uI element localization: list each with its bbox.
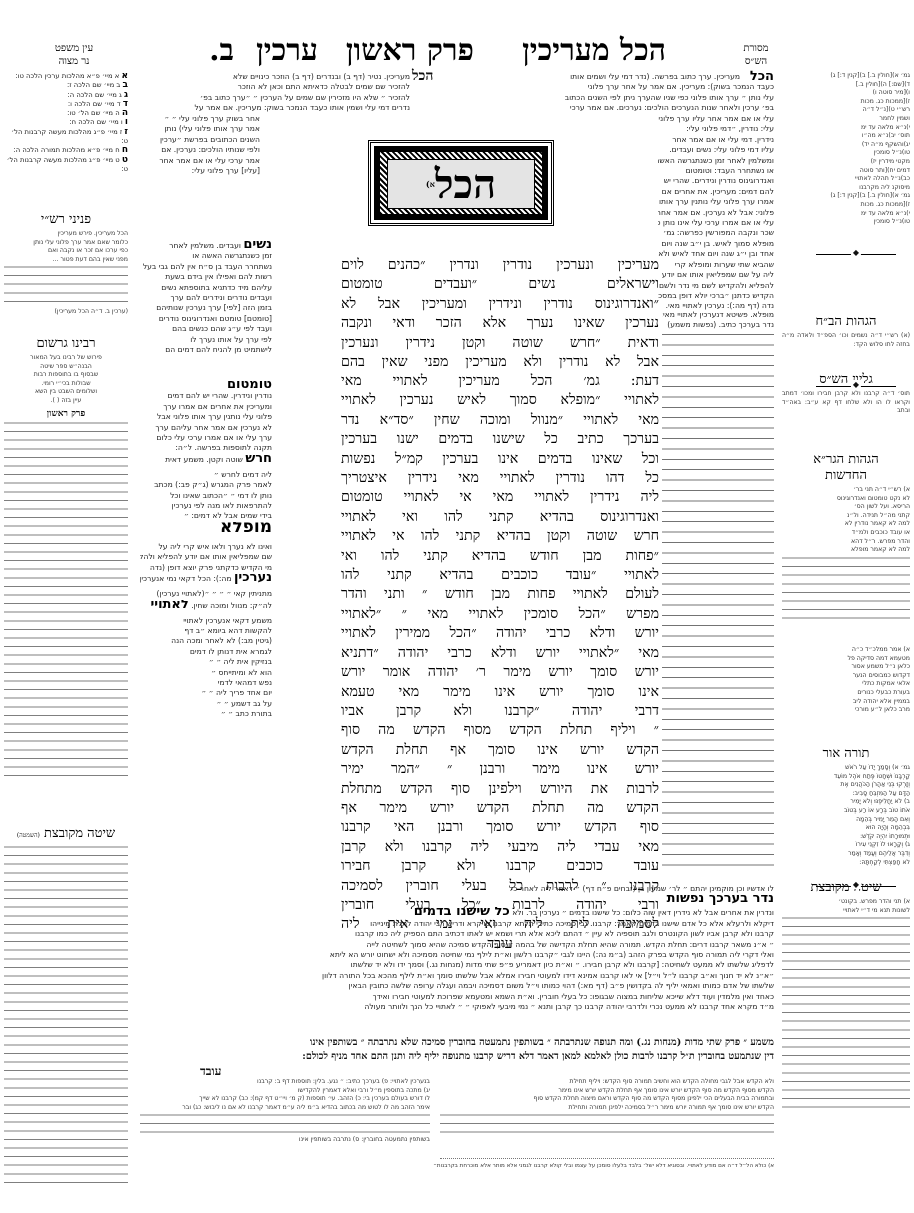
tosafot-line: פלוני עלי נותנין ערך אותו פלוני אבל [140,412,272,422]
rashi-line: מעריכין. ערך כתוב בפרשה. (נדר דמי עלי וש… [492,72,774,82]
gemara-line: הקדש יורש אינו סומך אף תחלת הקדש [341,741,659,760]
hagra-line: למה לא קאמר מופלא [782,546,910,555]
tosafot-line: מי הקדיש כדקתני פרק יוצא דופן (נדה [140,563,272,573]
ein-mishpat-item: ו ו מיי׳ שם הלכה ח: [4,118,128,127]
gemara-line: לאתויי ״מופלא סמוך לאיש נערכין לאתויי [341,391,659,410]
hagra-line: קתני מה״ל תנידה. ול״נ [782,512,910,521]
penei-rashi-line: הכל מעריכין. פירש מעריכין [4,230,128,239]
rashi-continued: מופלא. פשיטא דנערכין לאתויי מאי: נדר בער… [662,310,774,870]
ein-mishpat-item: ט ט מיי׳ פ״ג מהלכות מעשה קרבנות הל׳ ט: [4,156,128,175]
tractate-title: ערכין [256,36,318,66]
rashi-line: נדר בערכך כתיב. (נפשות משמע) [662,320,774,330]
section-divider [794,250,914,258]
hagra-more-text [782,555,910,625]
gemara-line: אינו סומך יורש אינו מימר מאי טעמא [341,683,659,702]
rabbeinu-gershom-title: רבינו גרשום [4,336,128,352]
tosafot-dibur: לאתויי [150,600,188,612]
tosafot-line: משמע דקאי אנערכין לאתויי [140,616,272,626]
tosafot-line: [עליו] ערך פלוני עלי: [140,166,260,176]
torah-or-title: תורה אור [782,746,910,762]
footer-line: ולא הקדש אבל לגבי מחולה הקדש הוא וחשיב ת… [440,1078,774,1087]
footer-line: ובתמורה בבית הבעלים הכי ילפינן מסוף הקדש… [440,1095,774,1104]
masoret-line: גמ׳ א)[חולין ב.] ב)[קנין ד:] ג) [782,192,910,201]
rashi-line: ליה על שם שמפליאין אותו אם יודע [658,270,774,280]
rashi-line: או נשתחרר העבד: וטומטום [658,166,774,176]
tosafot-line: אמר ערך אותו פלוני עלי) נותן [140,124,260,134]
lower-line: ואלי דקרי ליה תמורה סוף הקדש בפרק הזהב (… [140,950,774,960]
annotation-line: א) אמר ממלכ״ד כ״ה [782,646,910,655]
rashi-line: עליו דמי פלוני עלי: נשים ועבדים. [658,145,774,155]
shita-mekubetzet-text-left [4,844,128,1186]
annotation-line: דקדוש כמבוסים הנער [782,672,910,681]
ein-letter: ז [124,127,128,137]
torah-or-line: וְאִם הָמֵר יָמִיר בְּהֵמָה [782,816,910,825]
gemara-line: כל דהו נודרין לאתויי מאי נידרין איצטריך [341,469,659,488]
tosafot-line: לא נערכין אם אמר אחר עליהם ערך [140,423,272,433]
torah-or-line: ב) לֹא יַחֲלִיפֶנּוּ וְלֹא יָמִיר [782,798,910,807]
tosafot-line: נודרין ונידרין. שהרי יש להם דמים [140,391,272,401]
tosafot-line: טומטום [140,380,272,391]
shita-title-text: שיטה מקובצת [44,826,115,841]
torah-or-line: בִּבְהֵמָה וְהָיָה הוּא [782,824,910,833]
tosafot-line: הוא לא ומיתייחס ״ [140,668,272,678]
annotation-line: מטעמא דמה סדיקה פל [782,655,910,664]
tosafot-line: השנים הכתובים בפרשת ״ערכין [140,135,260,145]
rashi-line: עלי נותן ״ ערך אותו פלוני כפי שניו שהערך… [492,93,774,103]
daf-number: ב. [209,36,234,66]
tosafot-line-text: שוטה וקטן. משמע דאית [165,455,243,464]
gershom-commentary-lines [4,420,128,780]
rashi-line: מופלא סמוך לאיש. בן י״ב שנה ויום [658,239,774,249]
rashi-line: עלי: נודרין, ״דמי פלוני עלי: [658,124,774,134]
lower-line: ״א״נ לא יד חנוך וא״ב קרבנו ל״ל וי״ל] אי … [140,971,774,981]
tosafot-line: לפי ערך על אותו נערך לו [140,335,272,345]
tosafot-opening-dibur: הכל [412,68,433,85]
lower-line: ונדרין את אחרים אבל לא נידרין דאין שוה כ… [140,907,774,918]
rashi-line: ואנדרוגינוס נודרין ונידרים. שהרי יש [658,176,774,186]
masoret-line: ז)[ממכות כג. מכות [782,201,910,210]
rashi-line: שכר ונקבה המפורשין כפרשה: גמ׳ [658,228,774,238]
rashi-line: שהביא שתי שערות ומופלא קרי [658,260,774,270]
lower-line: מ״ד מקרא אחד קרבנו לא ממעט נכרי ולדרבי י… [140,1002,774,1012]
shita-line: לשונות תנא מי ד״י לאתויי [782,907,910,916]
penei-rashi-text: הכל מעריכין. פירש מעריכין כלומר שאם אמר … [4,230,128,318]
penei-rashi-line: כפי ערכו אם זכר או נקבה ואם [4,247,128,256]
gershom-intro-line: פירוש של רבינו בעל המאור [4,354,128,363]
gemara-line: לאתויי ״עובד כוכבים בהדיא קתני להו [341,566,659,585]
tosafot-line: ואינו לא נערך ולאו איש קרי ליה על [140,542,272,552]
masoret-line: כב)נ״ל תהלה לאתויי [782,175,910,184]
tosafot-line-text: ועבדים. משלמין לאחר [169,241,241,250]
gershom-intro-line: שבסוף בו בתוספות רבות [4,371,128,380]
perek-rishon-heading: פרק ראשון [4,408,128,419]
lower-line: דין שנתמעט בחוברין ת״ל קרבנו לרבות כולן … [140,1050,774,1064]
gemara-line: עובד כוכבים קרבנו ולא קרבן חבירו [341,857,659,876]
ein-mishpat-list: א א מיי׳ פ״א מהלכות ערכין הלכה טו: ב ב מ… [4,72,128,232]
hagahot-hagra-title-line: הגהות הגר״א [782,452,910,468]
rashi-narrow-lines: עלי או אם אמר אחר עליו ערך פלוני עלי: נו… [658,114,774,314]
torah-or-line: קָרְבָּנוֹ וּשְׁחָטוֹ פֶּתַח אֹהֶל מוֹעֵ… [782,773,910,782]
footer-separator [440,1158,774,1159]
tosafot-line: אחר בשוק ערך פלוני עלי ״ ״ [140,114,260,124]
shita-note: (השמטה) [17,832,40,839]
footer-line: בשותפין נתמעטה בחוברין: ס) נתרבה בשותפין… [140,1136,430,1145]
ein-mishpat-item: ד ד מיי׳ שם הלכה ו: [4,100,128,109]
masoret-line: גמ׳ א)[חולין ב.] ב)[קנין ד:] ג) [782,72,910,81]
masoret-line: טו)נ״ל סומכין [782,149,910,158]
ein-text: ב מיי׳ שם הלכה ז: [67,81,120,89]
lower-line: דיקלא ולרעלא אלא כל אדם שישנו בדמים קאמר… [140,919,774,929]
lower-line: לדפליג שלשתו לא ממעט לשחיטה: [קרבנו ולא … [140,960,774,970]
torah-or-line: הַדָּם עַל הַמִּזְבֵּחַ סָבִיב: [782,790,910,799]
ein-mishpat-item: ח ח מיי׳ פ״א מהלכות תמורה הלכה ה: [4,146,128,155]
mishnah-line: ״ואנדרוגינוס נודרין ונידרין ומעריכין אבל… [341,295,659,314]
hagahot-habach-text: (א) רש״י ד״ה נשמים וכו׳ הספ״ד ולאדה מ״ה … [782,332,910,360]
opening-word-frame: הכלא) [368,140,554,226]
rashi-more-lines [662,331,774,870]
mishnah-line: נערכין שאינו נערך אלא הזכר ודאי ונקבה [341,314,659,333]
ein-mishpat-item: ז ז מיי׳ פ״ג מהלכות מעשה קרבנות הל׳ ט: [4,128,128,147]
footer-line: בנערכין לאתויי: פ) בערכך כתיב: ״ נגע. בל… [140,1078,430,1087]
shita-mekubetzet-text-right: א) תני והדר מפרש. בקונט׳ לשונות תנא מי ד… [782,898,910,1118]
footer-more [140,1112,430,1136]
masoret-label-2: הש״ס [726,55,786,68]
lower-line: כאחד ואין מלמדין ועוד דלא שייכא שליחות ב… [140,992,774,1002]
ein-mishpat-item: א א מיי׳ פ״א מהלכות ערכין הלכה טו: [4,72,128,81]
annotation-line: בעורת כבעלי כנורים [782,689,910,698]
rashi-line: להפליא ולהקדיש לשם מי נדר ולשם מי [658,281,774,291]
tosafot-line: בידי שמים אבל לא דמים: ״ [140,511,272,521]
penei-rashi-line: מפני שאין בהם דעת פטור ... [4,256,128,265]
tosafot-block-3: טומטום נודרין ונידרין. שהרי יש להם דמים … [140,380,272,870]
lower-line: ״ א״נ משאר קרבנו דרים: תחלת הקדש. תמורה … [140,940,774,950]
rashi-line: עלי או אם אמרו ערכי עלי אינו נותן כלום ש… [658,218,774,228]
lower-catchword: עובד [140,1064,774,1078]
rashi-line: מופלא. פשיטא דנערכין לאתויי מאי: [662,310,774,320]
tosafot-line: (גיטין מב:) לא לאחר ומכה הנה [140,636,272,646]
masoret-line: ז)[ממכות כג. מכות [782,98,910,107]
footer-line: הקדש מסוף הקדש מה סוף הקדש יורש אינו סומ… [440,1087,774,1096]
ornamental-border: הכלא) [374,146,548,220]
ein-text: ו מיי׳ שם הלכה ח: [69,118,122,126]
rashi-line: בפ׳ ערכין ולאחר שנות הנערכים הולכים: נער… [492,103,774,113]
tosafot-line: מתניתין קאי ״ ״ ״ ״(לאתויי נערכין) [140,589,272,599]
mishnah-line: וישראלים נשים ״ועבדים טומטום [341,275,659,294]
tosafot-line: בנזיקין אית ליה ״ ״ [140,657,272,667]
lower-line: משמע ״ פרק שתי מדות (מנחות נג.) ומה תנופ… [140,1036,774,1050]
rashi-line: הקדיש כדתנן ״ברכי יולא דופן במסכת [658,291,774,301]
chapter-name-title: פרק ראשון [346,36,474,66]
lower-line: נדר בערכך נפשות [140,894,774,907]
hagra-line: א) רש״י ד״ה תני בר׳ [782,486,910,495]
mishnah-line: אבל לא נודרין ולא מעריכין מפני שאין בהם [341,353,659,372]
tosafot-line: תקנה לתוספות בפרשה. ל״ה: [140,443,272,453]
mishnah-text: מעריכין ונערכין נודרין ונדרין ״כהנים לוי… [341,256,659,372]
hagahot-habach-title: הגהות הב״ח [782,314,910,330]
masoret-line: ו)[מיר סוטה ו) [782,89,910,98]
footer-line: לו דורש בעולם בערכין בי: כ) הזהב. עי׳ תו… [140,1095,430,1104]
rabbeinu-gershom-text [4,420,128,780]
tosafot-line: להזכיר שם שמים לבטלה כדאיתא התם וכאן לא … [140,82,410,92]
hagra-line: למה לא קאמר נודרין לא [782,520,910,529]
tosafot-line: לישתמיט מן להניח להם דמים הם [140,345,272,355]
hagahot-hagra-text: א) רש״י ד״ה תני בר׳ לא נקט טומטום ואנדרו… [782,486,910,626]
tosafot-line: לגמרא אית דנותן לו דמים [140,647,272,657]
ein-mishpat-item: ג ג מיי׳ שם הלכה ה: [4,91,128,100]
tosafot-line: מעריכין. נטיר (דף ב) ובנדרים (דף ב) הוזכ… [140,72,410,82]
tosafot-line: לה״ק: מנוול ומוכה שחין. לאתויי [140,600,272,616]
tosafot-line: זמן כשנתגרשה האשה או [140,251,272,261]
footer-line: יג) מתכה בתוספין מ״ל ורבי ואלא דאמרין לה… [140,1087,430,1096]
tosafot-dibur: טומטום [227,380,272,391]
rashi-line: נידרין. דמי עלי או אם אמר אחר [658,135,774,145]
footer-line: הקדש יורש אינו סומך אף תמורה יורש מימר ר… [440,1104,774,1113]
gemara-line: ואנדרוגינוס בהדיא קתני להו ואי לאתויי [341,508,659,527]
mishnah-line: ודאית ״חרש שוטה וקטן נידרין ונערכין [341,334,659,353]
tosafot-line: נערכין מה:): הכל דקאי נמי אנערכין לאתויי [140,573,272,589]
gershom-intro-line: עיין בזה ( ). [4,397,128,406]
footer-line: אימר הזהב מה לו לטוש מה בכתוב בהדיא ב״מ … [140,1104,430,1113]
opening-word-mark: א) [426,179,435,189]
gilyon-hashas-text: תוס׳ ד״ה קרבנו ולא קרבן חבירו ומכו׳ דמתב… [782,390,910,444]
penei-rashi-more [4,264,128,308]
rashi-line: פלוני: אבל לא נערכין. אם אמר אחר עליהם ע… [658,208,774,218]
lower-commentary: לו אדשיו וכן מוקמינן יהתם ״ לר׳ שמעון בן… [140,884,774,1034]
tosafot-line: חרש שוטה וקטן. משמע דאית [140,454,272,470]
footer-right-notes: ולא הקדש אבל לגבי מחולה הקדש הוא וחשיב ת… [440,1078,774,1138]
gemara-line: דעת: גמ׳ הכל מעריכין לאתויי מאי [341,372,659,391]
penei-rashi-note: (ערכין ב. ד״ה הכל מעריכין) [4,308,128,317]
rashi-line: אחד ובן י״ג שנה ויום אחד לאיש ולאו איש [658,249,774,259]
tosafot-line: אמר ערכי עלי או אם אמר אחר [140,156,260,166]
tosafot-line: נותן לו דמי ״ ״הכתוב שאינו וכל [140,491,272,501]
rabbeinu-gershom-intro: פירוש של רבינו בעל המאור הבנה״ש ספר שיטה… [4,354,128,406]
shita-mekubetzet-title-left: שיטה מקובצת (השמטה) [4,826,128,844]
tosafot-narrow-lines: אחר בשוק ערך פלוני עלי ״ ״ אמר ערך אותו … [140,114,260,222]
masoret-line: מקטי מידרין יז) [782,158,910,167]
masoret-line: מיסוקנ ליה מקרבנו [782,184,910,193]
torah-or-line: לֹא חָפַצְתִּי לְקַחְתָּהּ: [782,859,910,868]
torah-or-line: אֹתוֹ טוֹב בְּרָע אוֹ רַע בְּטוֹב [782,807,910,816]
tosafot-line: ערך עלי או אם אמרו ערכי עלי כלום [140,433,272,443]
annotation-block: א) אמר ממלכ״ד כ״ה מטעמא דמה סדיקה פל כלא… [782,646,910,736]
lower-line: שלשתו של אדם כמותו ואמאי יליף לה בקדושין… [140,981,774,991]
gemara-line: לרבות את היורש וילפינן סוף הקדש מתחלת [341,780,659,799]
ein-text: ח מיי׳ פ״א מהלכות תמורה הלכה ה: [13,146,119,154]
masoret-line: דמים יח)[ותר סוטה [782,167,910,176]
annotation-line: מרב כלאן ל״ע מורכי [782,706,910,715]
gemara-line: מפרש ״הכל סומכין לאתויי מאי ״ ״לאתויי [341,605,659,624]
gemara-text: דעת: גמ׳ הכל מעריכין לאתויי מאי לאתויי ״… [341,372,659,954]
torah-or-line: וְזָרְקוּ בְּנֵי אַהֲרֹן הַכֹּהֲנִים אֶת [782,781,910,790]
ein-mishpat-label: עין משפט נר מצוה [54,42,94,68]
penei-rashi-line: כלומר שאם אמר ערך פלוני עלי נותן [4,239,128,248]
masoret-label-1: מסורת [726,42,786,55]
gershom-intro-line: שבולות בכי״י רומי. [4,380,128,389]
gemara-line: יורש סומך יורש מימר ר׳ יהודה אומר יורש [341,663,659,682]
tosafot-line: ולפי שנותיו הולכים: נערכין. אם [140,145,260,155]
tosafot-line: נדרים דמי עלי ושמין אותו כעבד הנמכר בשוק… [140,103,410,113]
ein-letter: ט [122,155,128,165]
tosafot-line: רשות להם ואפילו אין בידם בשעת [140,272,272,282]
hagra-line: או עובד כוכבים ולמ״ד [782,529,910,538]
tosafot-dibur: נערכין [234,573,272,585]
tosafot-dibur: חרש [245,454,272,466]
section-divider [794,382,914,390]
gershom-intro-line: הבנה״ש ספר שיטה [4,363,128,372]
lower-line: קרבנו ולא קרבן אביו לשון הקונטרס ולגב תו… [140,929,774,939]
tosafot-line: נשתחרר העבד בן ס״ח אין להם גבי בעל [140,262,272,272]
ein-text: ז מיי׳ פ״ג מהלכות מעשה קרבנות הל׳ ט: [11,128,128,145]
section-divider [794,882,914,890]
gemara-line: דרבי יהודה ״קרבנו ולא קרבן אביו [341,702,659,721]
rashi-line: להם דמים: מעריכין. את אחרים אם [658,187,774,197]
lower-dibur: כל שישנו בדמים [414,907,510,918]
tosafot-line-text: לה״ק: מנוול ומוכה שחין. [191,601,272,610]
hagra-line: לא נקט טומטום ואנדרוגינוס [782,495,910,504]
hagra-line: והדר מפרש. ר״ל דהא [782,538,910,547]
shita-more-text [782,915,910,1115]
gemara-line: מאי עבדי ליה מיבעי ליה קרבנו ולא קרבן [341,838,659,857]
torah-or-line: ג) וְקָרָאוּ לוֹ זִקְנֵי עִירוֹ [782,841,910,850]
rashi-line: כעבד הנמכר בשוק): מעריכין. אם אמר על אחר… [492,82,774,92]
hagra-line: הריסא. ועל לשון הס׳ [782,503,910,512]
tosafot-block-2: נשים ועבדים. משלמין לאחר זמן כשנתגרשה הא… [140,240,272,380]
chapter-opening-title: הכל מעריכין [522,36,666,66]
tosafot-line: להתרפאות לאו מנה לפי נערכין [140,501,272,511]
masoret-line: יג)והשקף מ״ה יד) [782,141,910,150]
ein-mishpat-label-2: נר מצוה [54,55,94,68]
masoret-line: רש״י ט)[נ״ל ד״ה [782,106,910,115]
tosafot-line: נפש דמהאי לדמי [140,678,272,688]
gemara-line: מאי לאתויי ״מנוול ומוכה שחין ״סד״א נדר [341,411,659,430]
tosafot-line: ועבדים נודרים ונידרים להם ערך [140,293,272,303]
penei-rashi-title: פניני רש״י [4,212,128,228]
lower-line: לו אדשיו וכן מוקמינן יהתם ״ לר׳ שמעון בן… [140,884,774,894]
footer-more [440,1112,774,1138]
gemara-line: ליה נידרין לאתויי מאי אי לאתויי טומטום [341,488,659,507]
shita-commentary-lines [4,844,128,1186]
opening-word: הכל [435,161,496,208]
shita-line: א) תני והדר מפרש. בקונט׳ [782,898,910,907]
lower-commentary-final: משמע ״ פרק שתי מדות (מנחות נג.) ומה תנופ… [140,1036,774,1078]
ein-text: ג מיי׳ שם הלכה ה: [67,91,121,99]
tosafot-line: ליה דמים לחרש ״ [140,470,272,480]
ein-text: א מיי׳ פ״א מהלכות ערכין הלכה טו: [15,72,119,80]
ein-text: ד מיי׳ שם הלכה ו: [68,100,121,108]
masoret-hashas: גמ׳ א)[חולין ב.] ב)[קנין ד:] ג) ד)[שם:] … [782,72,910,240]
tosafot-line-text: מה:): הכל דקאי נמי אנערכין לאתויי [140,574,232,583]
tosafot-line-text: מעריכין. נטיר (דף ב) ובנדרים (דף ב) הוזכ… [233,72,410,81]
gemara-line: הקדש מה תחלת הקדש יורש מימר אף [341,799,659,818]
torah-or-line: וְדִבֶּר אֲלֵיהֶם וְעָמַד וְאָמַר [782,850,910,859]
gershom-intro-line: ושלומים השבט בין השא [4,388,128,397]
tosafot-line: יום אחד פריך ליה ״ ״ [140,688,272,698]
lower-line-text: ונדרין את אחרים אבל לא נידרין דאין שוה כ… [512,908,774,917]
tosafot-line: בתורת כתב ״ ״ [140,709,272,719]
masoret-line: ד)[שם:] ה)[חולין ב.] [782,81,910,90]
ein-mishpat-label-1: עין משפט [54,42,94,55]
annotation-line: אלאי אמקות כתלי [782,680,910,689]
torah-or-line: גמ׳ א) וְסָמַךְ יָדוֹ עַל רֹאשׁ [782,764,910,773]
annotation-line: כלאן נ״ל משמע אסור [782,663,910,672]
footer-bottom-note: א) כולא הל״ל ד״ה אם מודע לאתויי. ובסוגיא… [340,1162,774,1171]
rashi-line: ומשלמין לאחר זמן כשנתגרשה האשה [658,156,774,166]
gemara-line: ״ ויליף תחלת הקדש מסוף הקדש מה סוף [341,721,659,740]
annotation-line: בממיין אלא יהודה ליב [782,698,910,707]
gemara-line: ״פחות מבן חודש בהדיא קתני להו ואי [341,547,659,566]
lower-dibur: נדר בערכך נפשות [667,894,774,906]
tosafot-line: להקשות דהא ביומא ״ב דף [140,626,272,636]
gemara-line: מאי ״לאתויי יורש ודלא כרבי יהודה ״דתניא [341,644,659,663]
footer-left-notes: בנערכין לאתויי: פ) בערכך כתיב: ״ נגע. בל… [140,1078,430,1152]
gemara-line: בערכך כתיב כל שישנו בדמים ישנו בערכין [341,430,659,449]
mishnah-line: מעריכין ונערכין נודרין ונדרין ״כהנים לוי… [341,256,659,275]
opening-word-panel: הכלא) [387,159,535,209]
hagahot-hagra-title: הגהות הגר״א החדשות [782,452,910,484]
masoret-hashas-label: מסורת הש״ס [726,42,786,68]
tosafot-line: לאמר פרק המגרש (ג״ק פב:) מכתב [140,480,272,490]
ein-text: ט מיי׳ פ״ג מהלכות מעשה קרבנות הל׳ ט: [7,156,128,173]
torah-or-text: גמ׳ א) וְסָמַךְ יָדוֹ עַל רֹאשׁ קָרְבָּנ… [782,764,910,872]
tosafot-line: ועבד לפי ע״ג שהם כנשים בהם [140,324,272,334]
tosafot-line: על גב דשמע ״ ״ [140,699,272,709]
tosafot-line: להזכיר ״ שלא היו מזכירין שם שמים על הערכ… [140,93,410,103]
tosafot-line: מופלא [140,522,272,542]
torah-or-line: וּתְמוּרָתוֹ יִהְיֶה קֹּדֶשׁ: [782,833,910,842]
tosafot-line: ומעריכין את אחרים אם אמרו ערך [140,402,272,412]
tosafot-line: בזמן הזה [לפי] ערך נערכין שנותיהם [140,303,272,313]
rashi-line: עלי או אם אמר אחר עליו ערך פלוני [658,114,774,124]
hagahot-hagra-subtitle: החדשות [782,468,910,484]
masoret-line: תוס׳ יב)נ״א מה״ו [782,132,910,141]
ein-mishpat-item: ב ב מיי׳ שם הלכה ז: [4,81,128,90]
gemara-line: יורש אינו מימר ורבנן ״ ״המר ימיר [341,760,659,779]
tosafot-line: נשים ועבדים. משלמין לאחר [140,240,272,251]
gemara-line: וכל שאינו בדמים אינו בערכין קמ״ל נפשות [341,450,659,469]
ein-text: ה מיי׳ שם הל׳ טו: [67,109,120,117]
tosafot-line: [טומטם] טומטם ואנדרוגינוס נודרים [140,314,272,324]
tosafot-dibur: מופלא [220,522,272,537]
gemara-line: יורש ודלא כרבי יהודה ״הכל ממירין לאתויי [341,624,659,643]
tosafot-line: עליהם מיד כדתניא בתוספתא נשים [140,283,272,293]
gemara-line: לעולם לאתויי פחות מבן חודש ״ ותני והדר [341,585,659,604]
gemara-line: סוף הקדש יורש סומך ורבנן האי קרבנו [341,818,659,837]
masoret-line: י)נ״א מלאה עד ימ [782,124,910,133]
masoret-line: י)נ״א מלאה עד ימ [782,210,910,219]
tosafot-dibur: נשים [243,240,272,251]
masoret-line: טו)נ״ל סומכין [782,218,910,227]
tosafot-line: שם שמפליאין אותו אם יודע להפליא ולהקדיש [140,552,272,562]
masoret-line: ושמין לחמר [782,115,910,124]
gemara-line: חרש שוטה וקטן בהדיא קתני להו אי לאתויי [341,527,659,546]
rashi-line: אמרו ערך פלוני עלי נותנין ערך אותו [658,197,774,207]
